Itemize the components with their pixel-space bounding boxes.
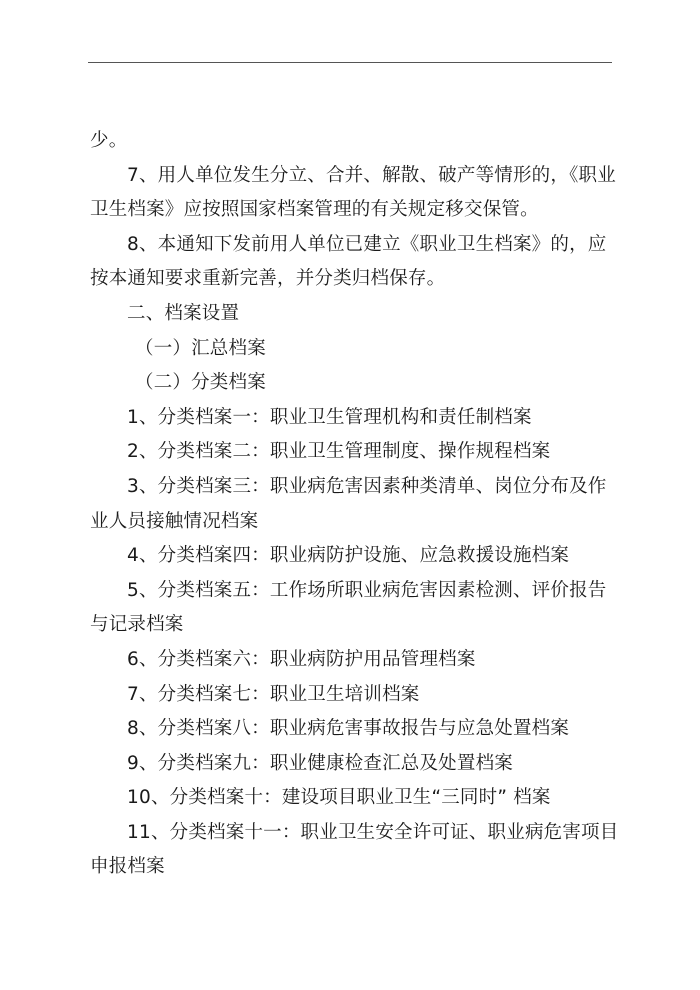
text-line: 7、用人单位发生分立、合并、解散、破产等情形的，《职业	[90, 159, 614, 194]
header-rule	[88, 62, 612, 63]
list-item: 8、分类档案八：职业病危害事故报告与应急处置档案	[90, 712, 614, 747]
text-line: 8、本通知下发前用人单位已建立《职业卫生档案》的，应	[90, 228, 614, 263]
list-item: 3、分类档案三：职业病危害因素种类清单、岗位分布及作	[90, 470, 614, 505]
list-item: 9、分类档案九：职业健康检查汇总及处置档案	[90, 747, 614, 782]
list-item-continuation: 业人员接触情况档案	[90, 505, 614, 540]
list-item: 1、分类档案一：职业卫生管理机构和责任制档案	[90, 401, 614, 436]
list-item: 7、分类档案七：职业卫生培训档案	[90, 678, 614, 713]
text-line: 按本通知要求重新完善，并分类归档保存。	[90, 262, 614, 297]
list-item-continuation: 申报档案	[90, 850, 614, 885]
list-item: 10、分类档案十：建设项目职业卫生“三同时” 档案	[90, 781, 614, 816]
subsection-heading: （一）汇总档案	[90, 332, 614, 367]
document-body: 少。 7、用人单位发生分立、合并、解散、破产等情形的，《职业 卫生档案》应按照国…	[90, 124, 614, 885]
list-item: 6、分类档案六：职业病防护用品管理档案	[90, 643, 614, 678]
section-heading: 二、档案设置	[90, 297, 614, 332]
list-item: 2、分类档案二：职业卫生管理制度、操作规程档案	[90, 435, 614, 470]
text-line: 卫生档案》应按照国家档案管理的有关规定移交保管。	[90, 193, 614, 228]
list-item: 5、分类档案五：工作场所职业病危害因素检测、评价报告	[90, 574, 614, 609]
subsection-heading: （二）分类档案	[90, 366, 614, 401]
list-item: 4、分类档案四：职业病防护设施、应急救援设施档案	[90, 539, 614, 574]
list-item-continuation: 与记录档案	[90, 608, 614, 643]
text-line: 少。	[90, 124, 614, 159]
list-item: 11、分类档案十一：职业卫生安全许可证、职业病危害项目	[90, 816, 614, 851]
